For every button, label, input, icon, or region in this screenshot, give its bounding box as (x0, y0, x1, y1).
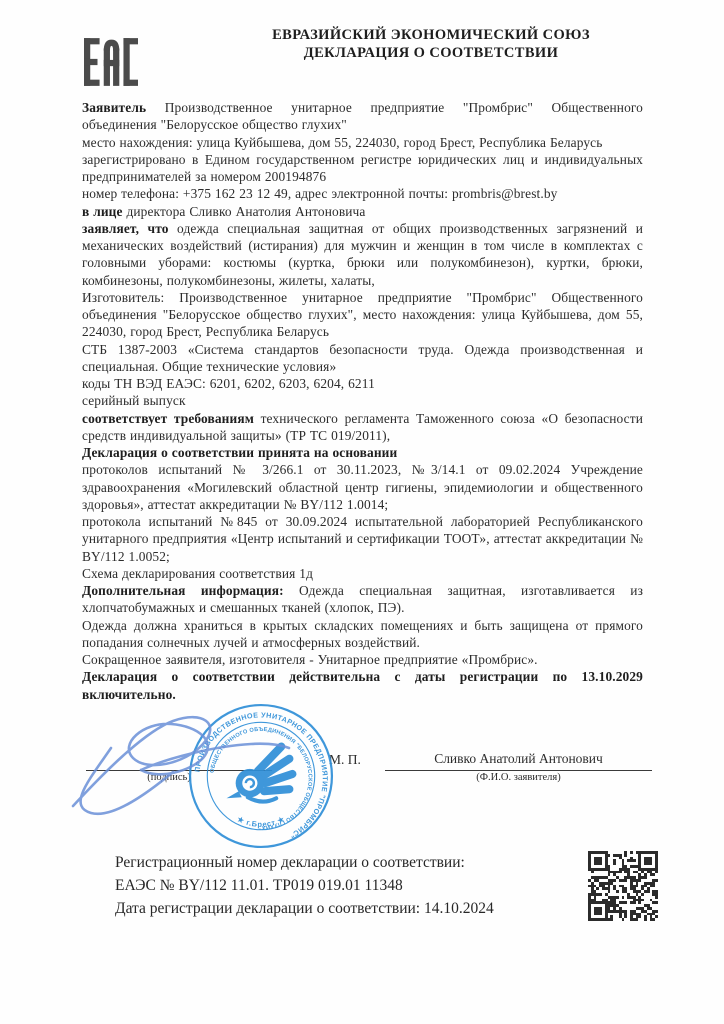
paragraph-contacts: номер телефона: +375 162 23 12 49, адрес… (82, 185, 643, 202)
union-title: ЕВРАЗИЙСКИЙ ЭКОНОМИЧЕСКИЙ СОЮЗ (138, 26, 724, 44)
declaration-body: Заявитель Производственное унитарное пре… (82, 99, 643, 703)
eac-mark-icon (84, 38, 138, 86)
paragraph-storage: Одежда должна храниться в крытых складск… (82, 617, 643, 652)
qr-code (588, 851, 658, 921)
document-header: ЕВРАЗИЙСКИЙ ЭКОНОМИЧЕСКИЙ СОЮЗ ДЕКЛАРАЦИ… (84, 26, 724, 86)
paragraph-registry: зарегистрировано в Едином государственно… (82, 151, 643, 186)
document-title: ЕВРАЗИЙСКИЙ ЭКОНОМИЧЕСКИЙ СОЮЗ ДЕКЛАРАЦИ… (138, 26, 724, 62)
paragraph-product: заявляет, что одежда специальная защитна… (82, 220, 643, 289)
registration-date: Дата регистрации декларации о соответств… (115, 897, 494, 920)
paragraph-additional-info: Дополнительная информация: Одежда специа… (82, 582, 643, 617)
handwritten-signature-icon (55, 700, 305, 825)
registration-block: Регистрационный номер декларации о соотв… (115, 851, 494, 921)
applicant-caption: (Ф.И.О. заявителя) (385, 772, 652, 783)
paragraph-applicant: Заявитель Производственное унитарное пре… (82, 99, 643, 134)
paragraph-serial: серийный выпуск (82, 392, 643, 409)
applicant-name: Сливко Анатолий Антонович (385, 751, 652, 767)
applicant-name-line (385, 770, 652, 771)
paragraph-standard: СТБ 1387-2003 «Система стандартов безопа… (82, 341, 643, 376)
paragraph-director: в лице директора Сливко Анатолия Антонов… (82, 203, 643, 220)
paragraph-protocols-2: протокола испытаний №845 от 30.09.2024 и… (82, 513, 643, 565)
paragraph-scheme: Схема декларирования соответствия 1д (82, 565, 643, 582)
paragraph-conformity: соответствует требованиям технического р… (82, 410, 643, 445)
paragraph-address: место нахождения: улица Куйбышева, дом 5… (82, 134, 643, 151)
declaration-title: ДЕКЛАРАЦИЯ О СООТВЕТСТВИИ (138, 44, 724, 62)
paragraph-validity: Декларация о соответствии действительна … (82, 668, 643, 703)
paragraph-protocols-1: протоколов испытаний № 3/266.1 от 30.11.… (82, 461, 643, 513)
paragraph-short-name: Сокращенное заявителя, изготовителя - Ун… (82, 651, 643, 668)
paragraph-basis-heading: Декларация о соответствии принята на осн… (82, 444, 643, 461)
declaration-document: ЕВРАЗИЙСКИЙ ЭКОНОМИЧЕСКИЙ СОЮЗ ДЕКЛАРАЦИ… (0, 0, 724, 1024)
paragraph-manufacturer: Изготовитель: Производственное унитарное… (82, 289, 643, 341)
registration-number: ЕАЭС № BY/112 11.01. ТР019 019.01 11348 (115, 874, 494, 897)
paragraph-tnved-codes: коды ТН ВЭД ЕАЭС: 6201, 6202, 6203, 6204… (82, 375, 643, 392)
registration-number-label: Регистрационный номер декларации о соотв… (115, 851, 494, 874)
